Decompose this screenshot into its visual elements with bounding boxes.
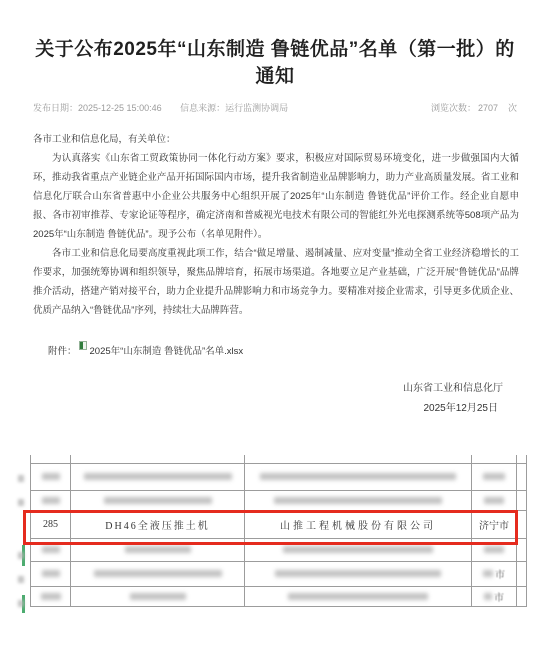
row-number-smudge [18, 600, 24, 607]
attachment-label: 附件： [48, 346, 77, 357]
publish-date: 发布日期：2025-12-25 15:00:46 [33, 103, 162, 113]
row-number-smudge [18, 552, 24, 559]
publish-date-value: 2025-12-25 15:00:46 [78, 103, 162, 113]
cell-city: 济宁市 [472, 510, 517, 538]
page-title: 关于公布2025年“山东制造 鲁链优品”名单（第一批）的通知 [28, 36, 522, 90]
notice-body: 各市工业和信息化局，有关单位： 为认真落实《山东省工贸政策协同一体化行动方案》要… [33, 130, 519, 320]
table-row [31, 538, 527, 561]
row-number-smudge [18, 475, 24, 482]
salutation: 各市工业和信息化局，有关单位： [33, 130, 519, 149]
cell-seq: 285 [31, 510, 71, 538]
view-count: 浏览次数：2707次 [431, 101, 517, 114]
excel-file-icon [79, 341, 87, 350]
view-count-value: 2707 [478, 103, 498, 113]
view-count-unit: 次 [508, 103, 517, 113]
signature-block: 山东省工业和信息化厅 2025年12月25日 [0, 379, 503, 419]
signature-issuer: 山东省工业和信息化厅 [0, 379, 503, 399]
publish-date-label: 发布日期： [33, 103, 78, 113]
meta-left: 发布日期：2025-12-25 15:00:46 信息来源：运行监测协调局 [33, 101, 304, 114]
signature-date: 2025年12月25日 [0, 399, 498, 419]
table-row: 市 [31, 586, 527, 606]
body-paragraph-2: 各市工业和信息化局要高度重视此项工作，结合“做足增量、遏制减量、应对变量”推动全… [33, 244, 519, 320]
row-number-smudge [18, 499, 24, 506]
highlighted-table-row: 285 DH46全液压推土机 山推工程机械股份有限公司 济宁市 [31, 510, 527, 538]
table-row [31, 463, 527, 490]
city-hint-text: 市 [494, 593, 504, 604]
spreadsheet-screenshot: 285 DH46全液压推土机 山推工程机械股份有限公司 济宁市 市 市 [30, 455, 523, 607]
row-number-smudge [18, 576, 24, 583]
table-row [31, 455, 527, 463]
attachment-link[interactable]: 2025年“山东制造 鲁链优品”名单.xlsx [90, 346, 244, 357]
info-source: 信息来源：运行监测协调局 [180, 103, 288, 113]
cell-product: DH46全液压推土机 [71, 510, 245, 538]
table-row: 市 [31, 561, 527, 586]
body-paragraph-1: 为认真落实《山东省工贸政策协同一体化行动方案》要求，积极应对国际贸易环境变化，进… [33, 149, 519, 244]
table-row [31, 490, 527, 510]
attachment-row: 附件：2025年“山东制造 鲁链优品”名单.xlsx [48, 341, 517, 359]
product-list-table: 285 DH46全液压推土机 山推工程机械股份有限公司 济宁市 市 市 [30, 455, 527, 607]
cell-company: 山推工程机械股份有限公司 [245, 510, 472, 538]
info-source-value: 运行监测协调局 [225, 103, 288, 113]
meta-row: 发布日期：2025-12-25 15:00:46 信息来源：运行监测协调局 浏览… [33, 101, 517, 114]
view-count-label: 浏览次数： [431, 103, 476, 113]
city-hint-text: 市 [495, 570, 505, 581]
info-source-label: 信息来源： [180, 103, 225, 113]
